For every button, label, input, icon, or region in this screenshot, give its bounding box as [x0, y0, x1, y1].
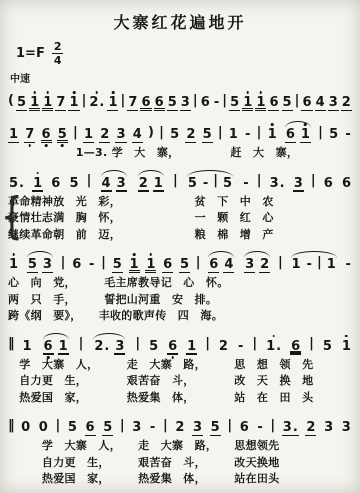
note-number: 4: [316, 95, 325, 110]
lyrics-verse-3: 跨《纲 要》， 丰收的歌声传 四 海。: [8, 308, 352, 325]
note-number: 4: [224, 257, 233, 272]
octave-dot-above: [12, 253, 15, 256]
note: 7: [24, 122, 35, 145]
slur: 21: [136, 171, 166, 194]
note: 5: [169, 122, 180, 145]
note: 5: [328, 122, 339, 145]
note-number: 5: [230, 95, 239, 110]
note: 6: [323, 171, 334, 194]
note: 5: [57, 122, 68, 145]
augmentation-dot: .: [99, 95, 104, 110]
note-number: 5: [323, 339, 332, 354]
octave-dot-above: [133, 253, 136, 256]
note-number: 3: [294, 176, 303, 191]
lyrics-verse-3: 热爱国 家， 热爱集 体， 站 在 田 头: [8, 390, 352, 407]
note: 7: [127, 90, 138, 113]
duration-dash: -: [306, 252, 313, 275]
barline: |: [270, 419, 275, 435]
note-number: 3: [324, 420, 333, 435]
double-barline: ‖: [8, 337, 14, 353]
note: 5: [202, 122, 213, 145]
note: 6: [154, 90, 165, 113]
note-number: 7: [25, 127, 34, 142]
barline: |: [295, 94, 300, 110]
note: 2.: [93, 334, 110, 357]
note: 5: [112, 252, 123, 275]
barline: |: [213, 174, 218, 190]
note: 6: [268, 90, 279, 113]
note: 1: [68, 90, 79, 113]
note-number: 6: [72, 257, 81, 272]
slur: 43: [99, 171, 129, 194]
note-number: 1: [268, 127, 277, 142]
lyrics-verse-2: 豪情壮志满 胸 怀， 一 颗 红 心: [8, 210, 352, 227]
octave-dot-above: [304, 123, 307, 126]
octave-dot-above: [36, 172, 39, 175]
notation-row: ‖00|565|3-|235|6-|3.233: [8, 415, 352, 438]
note-number: 6: [269, 95, 278, 110]
note-number: 1: [154, 176, 163, 191]
duration-dash: -: [202, 171, 209, 194]
note: 5: [210, 415, 221, 438]
barline: |: [120, 419, 125, 435]
barline: |: [222, 94, 227, 110]
note: 1: [42, 90, 53, 113]
barline: |: [55, 419, 60, 435]
lyrics-verse-3: 继续革命朝 前 迈， 粮 棉 增 产: [8, 227, 352, 244]
barline: |: [257, 174, 262, 190]
note-number: 2: [89, 95, 98, 110]
note-number: 3: [132, 420, 141, 435]
slur: 53: [25, 252, 55, 275]
note: 1: [83, 122, 94, 145]
note: 5: [102, 415, 113, 438]
barline: |: [309, 337, 314, 353]
note: 0: [20, 415, 31, 438]
note-number: 1: [130, 257, 139, 272]
lyrics-block: 学 大寨 人， 走 大寨 路， 思 想 领 先 自力更 生， 艰苦奋 斗， 改 …: [8, 357, 352, 407]
slur: 5-|5: [185, 171, 235, 194]
note: 5: [68, 171, 79, 194]
barline: |: [173, 174, 178, 190]
note-number: 3: [181, 95, 190, 110]
note: 1: [300, 122, 311, 145]
note: 1: [186, 334, 197, 357]
note-number: 3: [193, 420, 202, 435]
note-number: 5: [103, 420, 112, 435]
note-number: 6: [286, 127, 295, 142]
note-number: 1: [22, 339, 31, 354]
note: 2: [341, 90, 352, 113]
duration-dash: -: [345, 252, 352, 275]
slur: 61: [41, 334, 71, 357]
note-number: 3: [115, 339, 124, 354]
barline: |: [61, 256, 66, 272]
note-number: 0: [21, 420, 30, 435]
intro-paren: ): [148, 126, 154, 142]
note-number: 6: [168, 339, 177, 354]
lyrics-verse-3: 热爱国 家， 热爱集 体， 站在田头: [8, 471, 352, 488]
note-number: 2: [342, 95, 351, 110]
note-number: 6: [324, 176, 333, 191]
note-number: 6: [86, 420, 95, 435]
barline: |: [87, 174, 92, 190]
lyrics-verse-1: 心 向 党， 毛主席教导记 心 怀。: [8, 275, 352, 292]
note-number: 2: [94, 339, 103, 354]
note-number: 6: [201, 95, 210, 110]
note: 1: [291, 252, 302, 275]
note: 6: [43, 334, 54, 357]
octave-dot-above: [260, 91, 263, 94]
note-number: 5: [28, 257, 37, 272]
music-line-6: ‖00|565|3-|235|6-|3.233 学 大寨 人， 走 大寨 路， …: [8, 415, 352, 488]
octave-dot-above: [73, 91, 76, 94]
note: 1: [21, 334, 32, 357]
note-number: 5: [188, 176, 197, 191]
slur: 1-|1: [289, 252, 339, 275]
barline: |: [205, 337, 210, 353]
note-number: 3: [117, 176, 126, 191]
score: (51171|2.1|76653|6-|51165|64321765|1234)…: [8, 90, 352, 488]
note-number: 3: [270, 176, 279, 191]
note: 2: [174, 415, 185, 438]
augmentation-dot: .: [276, 339, 281, 354]
slur: 2.3: [91, 334, 127, 357]
note-number: 1: [30, 95, 39, 110]
note: 1: [8, 252, 19, 275]
note: 1: [341, 334, 352, 357]
note-number: 1: [9, 127, 18, 142]
note-number: 6: [44, 339, 53, 354]
note-number: 1: [266, 339, 275, 354]
barline: |: [318, 126, 323, 142]
tempo-marking: 中速: [8, 70, 352, 85]
barline: |: [317, 256, 322, 272]
note-number: 1: [327, 257, 336, 272]
note-number: 1: [108, 95, 117, 110]
note: 1.: [265, 334, 282, 357]
note-number: 5: [149, 339, 158, 354]
time-signature: 2 4: [52, 41, 64, 66]
note: 1: [145, 252, 156, 275]
lyrics-verse-1: 学 大寨 人， 走 大寨 路， 思 想 领 先: [8, 357, 352, 374]
note: 2: [218, 334, 229, 357]
barline: |: [227, 419, 232, 435]
lyrics-verse-2: 自力更 生， 艰苦奋 斗， 改天换地: [8, 455, 352, 472]
note: 3.: [269, 171, 286, 194]
barline: |: [252, 337, 257, 353]
note-number: 1: [229, 127, 238, 142]
note-number: 3: [342, 420, 351, 435]
note-number: 1: [187, 339, 196, 354]
octave-dot-above: [33, 91, 36, 94]
time-signature-top: 2: [52, 41, 64, 54]
note: 4: [132, 122, 143, 145]
note: 6: [85, 415, 96, 438]
lyrics-block: 1—3. 学 大 寨， 赶 大 寨，: [8, 145, 352, 162]
note: 6: [290, 334, 301, 357]
note-number: 2: [100, 127, 109, 142]
duration-dash: -: [237, 334, 244, 357]
note-number: 1: [146, 257, 155, 272]
duration-dash: -: [344, 122, 351, 145]
verse-brace: {: [1, 192, 23, 241]
notation-row: 153|6-|51165|6432|1-|1-: [8, 252, 352, 275]
octave-dot-above: [271, 123, 274, 126]
note-number: 6: [141, 95, 150, 110]
note-number: 1: [243, 95, 252, 110]
augmentation-dot: .: [293, 420, 298, 435]
lyrics-verse-2: 自力更 生， 艰苦奋 斗， 改 天 换 地: [8, 373, 352, 390]
note-number: 4: [133, 127, 142, 142]
note: 1: [267, 122, 278, 145]
note: 6: [239, 415, 250, 438]
note: 3: [328, 90, 339, 113]
note-number: 5: [180, 257, 189, 272]
note-number: 5: [113, 257, 122, 272]
barline: |: [196, 256, 201, 272]
augmentation-dot: .: [280, 176, 285, 191]
note-number: 5: [168, 95, 177, 110]
note: 0: [38, 415, 49, 438]
time-signature-bottom: 4: [54, 54, 62, 66]
note-number: 5: [203, 127, 212, 142]
note: 3: [192, 415, 203, 438]
note-number: 6: [163, 257, 172, 272]
duration-dash: -: [213, 90, 220, 113]
note-number: 5: [68, 420, 77, 435]
note-number: 6: [240, 420, 249, 435]
note: 3: [341, 415, 352, 438]
note-number: 6: [42, 127, 51, 142]
duration-dash: -: [149, 415, 156, 438]
note: 1: [255, 90, 266, 113]
barline: |: [311, 174, 316, 190]
note-number: 6: [302, 95, 311, 110]
barline: |: [135, 337, 140, 353]
octave-dot-above: [112, 91, 115, 94]
note-number: 2: [186, 127, 195, 142]
note-number: 1: [69, 95, 78, 110]
note-number: 6: [51, 176, 60, 191]
barline: |: [73, 126, 78, 142]
note: 5: [282, 90, 293, 113]
note-number: 2: [219, 339, 228, 354]
note: 3: [116, 171, 127, 194]
note-number: 1: [292, 257, 301, 272]
note-number: 5: [211, 420, 220, 435]
note-number: 5: [170, 127, 179, 142]
note-number: 3: [116, 127, 125, 142]
note: 5: [322, 334, 333, 357]
note: 1: [326, 252, 337, 275]
note: 1: [107, 90, 118, 113]
notation-row: (51171|2.1|76653|6-|51165|6432: [8, 90, 352, 113]
note-number: 5: [58, 127, 67, 142]
note: 1: [29, 90, 40, 113]
note-number: 3: [329, 95, 338, 110]
note: 1: [228, 122, 239, 145]
note-number: 1: [301, 127, 310, 142]
note-number: 3: [245, 257, 254, 272]
note-number: 1: [9, 257, 18, 272]
lyrics-verse-1: 革命精神放 光 彩， 贫 下 中 农: [8, 194, 352, 211]
duration-dash: -: [242, 171, 249, 194]
slur: 32: [242, 252, 272, 275]
barline: |: [218, 126, 223, 142]
duration-dash: -: [244, 122, 251, 145]
note: 6: [162, 252, 173, 275]
note: 5: [229, 90, 240, 113]
note: 6: [285, 122, 296, 145]
note: 4: [315, 90, 326, 113]
note: 3: [244, 252, 255, 275]
note-number: 5: [329, 127, 338, 142]
note: 3: [131, 415, 142, 438]
octave-dot-above: [150, 253, 153, 256]
note-number: 5: [69, 176, 78, 191]
barline: |: [101, 256, 106, 272]
note: 1: [58, 334, 69, 357]
note-number: 2: [139, 176, 148, 191]
note: 3: [323, 415, 334, 438]
note: 5: [222, 171, 233, 194]
lyrics-block: {革命精神放 光 彩， 贫 下 中 农豪情壮志满 胸 怀， 一 颗 红 心继续革…: [8, 194, 352, 244]
barline: |: [82, 94, 87, 110]
note-number: 5: [223, 176, 232, 191]
note: 6: [167, 334, 178, 357]
note: 6: [208, 252, 219, 275]
note-number: 7: [56, 95, 65, 110]
note: 2: [138, 171, 149, 194]
note: 6: [200, 90, 211, 113]
note: 2: [259, 252, 270, 275]
note: 5: [27, 252, 38, 275]
octave-dot-above: [345, 335, 348, 338]
lyrics-verse-2: 两 只 手， 誓把山河重 安 排。: [8, 292, 352, 309]
note: 5: [179, 252, 190, 275]
note: 5: [67, 415, 78, 438]
note-number: 6: [155, 95, 164, 110]
note-number: 2: [175, 420, 184, 435]
note-number: 1: [256, 95, 265, 110]
music-line-4: 153|6-|51165|6432|1-|1-心 向 党， 毛主席教导记 心 怀…: [8, 252, 352, 325]
note: 4: [223, 252, 234, 275]
note: 6: [71, 252, 82, 275]
barline: |: [79, 337, 84, 353]
note-number: 5: [283, 95, 292, 110]
note: 3.: [282, 415, 299, 438]
note: 7: [55, 90, 66, 113]
barline: |: [159, 126, 164, 142]
key-time-row: 1=F 2 4: [8, 41, 352, 66]
barline: |: [278, 256, 283, 272]
music-line-3: 5.165|4321|5-|5-|3.3|66{革命精神放 光 彩， 贫 下 中…: [8, 171, 352, 244]
note: 1: [129, 252, 140, 275]
note: 5: [16, 90, 27, 113]
notation-row: 1765|1234)|525|1-|161|5-: [8, 122, 352, 145]
note: 1: [242, 90, 253, 113]
note: 2: [99, 122, 110, 145]
barline: |: [121, 94, 126, 110]
augmentation-dot: .: [104, 339, 109, 354]
duration-dash: -: [88, 252, 95, 275]
note: 3: [180, 90, 191, 113]
note-number: 1: [84, 127, 93, 142]
note: 3: [293, 171, 304, 194]
barline: |: [193, 94, 198, 110]
note: 6: [301, 90, 312, 113]
lyrics-verse-1: 学 大寨 人， 走 大寨 路， 思想领先: [8, 438, 352, 455]
note-number: 1: [33, 176, 42, 191]
note-number: 6: [291, 339, 300, 354]
note-number: 1: [59, 339, 68, 354]
slur: 64: [206, 252, 236, 275]
note-number: 3: [43, 257, 52, 272]
note: 5: [167, 90, 178, 113]
note: 1: [32, 171, 43, 194]
note: 2: [185, 122, 196, 145]
note: 5: [148, 334, 159, 357]
music-line-2: 1765|1234)|525|1-|161|5- 1—3. 学 大 寨， 赶 大…: [8, 122, 352, 162]
slur: 61: [283, 122, 313, 145]
note-number: 7: [128, 95, 137, 110]
note: 6: [41, 122, 52, 145]
note: 3: [115, 122, 126, 145]
sheet-music-page: 大寨红花遍地开 1=F 2 4 中速 (51171|2.1|76653|6-|5…: [0, 0, 360, 493]
note: 1: [8, 122, 19, 145]
barline: |: [257, 126, 262, 142]
key-signature: 1=F: [16, 46, 45, 61]
note-number: 3: [283, 420, 292, 435]
music-line-5: ‖161|2.3|561|2-|1.6|51 学 大寨 人， 走 大寨 路， 思…: [8, 334, 352, 407]
duration-dash: -: [256, 415, 263, 438]
lyrics-block: 学 大寨 人， 走 大寨 路， 思想领先 自力更 生， 艰苦奋 斗， 改天换地 …: [8, 438, 352, 488]
note: 3: [42, 252, 53, 275]
lyrics-verse-1: 1—3. 学 大 寨， 赶 大 寨，: [8, 145, 352, 162]
song-title: 大寨红花遍地开: [8, 10, 352, 33]
notation-row: 5.165|4321|5-|5-|3.3|66: [8, 171, 352, 194]
double-barline: ‖: [8, 419, 14, 435]
intro-paren: (: [8, 94, 14, 110]
note: 6: [341, 171, 352, 194]
lyrics-block: 心 向 党， 毛主席教导记 心 怀。两 只 手， 誓把山河重 安 排。跨《纲 要…: [8, 275, 352, 325]
octave-dot-above: [272, 335, 275, 338]
notation-row: ‖161|2.3|561|2-|1.6|51: [8, 334, 352, 357]
octave-dot-above: [46, 91, 49, 94]
note-number: 0: [39, 420, 48, 435]
note-number: 2: [260, 257, 269, 272]
note: 3: [114, 334, 125, 357]
note-number: 6: [342, 176, 351, 191]
note: 6: [50, 171, 61, 194]
octave-dot-above: [246, 91, 249, 94]
note: 2: [305, 415, 316, 438]
note-number: 1: [342, 339, 351, 354]
music-line-1: (51171|2.1|76653|6-|51165|6432: [8, 90, 352, 113]
note: 5: [187, 171, 198, 194]
barline: |: [163, 419, 168, 435]
note-number: 2: [306, 420, 315, 435]
note: 2.: [88, 90, 105, 113]
note-number: 6: [209, 257, 218, 272]
note: 1: [153, 171, 164, 194]
note-number: 5: [17, 95, 26, 110]
note-number: 1: [43, 95, 52, 110]
note: 6: [140, 90, 151, 113]
note: 4: [101, 171, 112, 194]
octave-dot-above: [96, 91, 99, 94]
